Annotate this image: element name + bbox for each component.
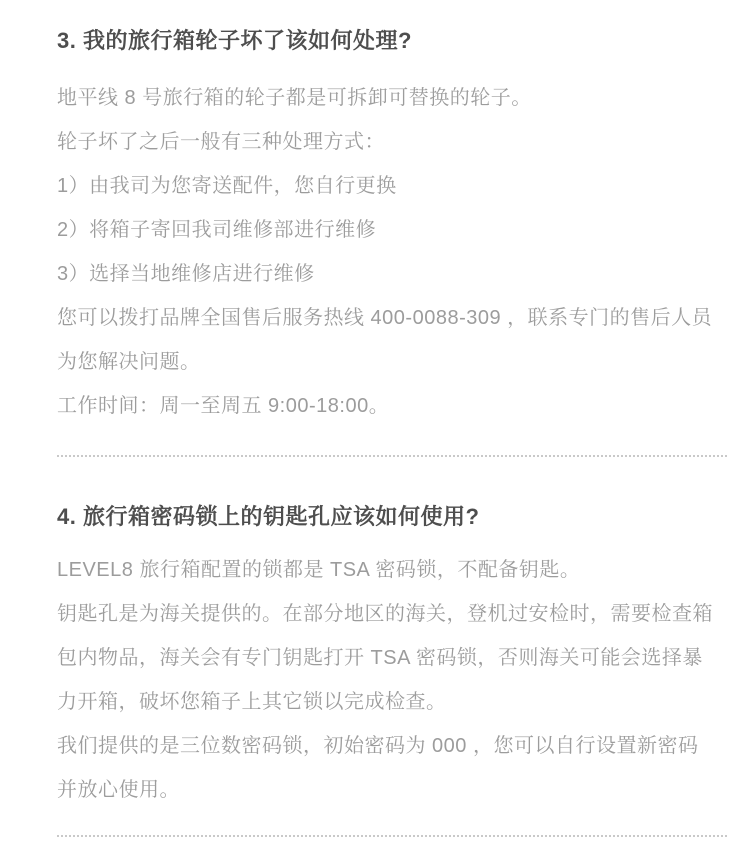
faq-paragraph: 地平线 8 号旅行箱的轮子都是可拆卸可替换的轮子。: [57, 76, 717, 120]
faq-list-item-3: 3）选择当地维修店进行维修: [57, 252, 717, 296]
faq-section-3: 3. 我的旅行箱轮子坏了该如何处理? 地平线 8 号旅行箱的轮子都是可拆卸可替换…: [57, 29, 727, 428]
faq-paragraph: 钥匙孔是为海关提供的。在部分地区的海关，登机过安检时，需要检查箱包内物品，海关会…: [57, 592, 717, 724]
dashed-divider: [57, 455, 727, 457]
faq-list-item-1: 1）由我司为您寄送配件，您自行更换: [57, 164, 717, 208]
faq-hotline-text: 您可以拨打品牌全国售后服务热线 400-0088-309 ，联系专门的售后人员为…: [57, 296, 717, 384]
faq-paragraph: LEVEL8 旅行箱配置的锁都是 TSA 密码锁，不配备钥匙。: [57, 548, 717, 592]
faq-answer-3: 地平线 8 号旅行箱的轮子都是可拆卸可替换的轮子。 轮子坏了之后一般有三种处理方…: [57, 76, 717, 428]
faq-page: 3. 我的旅行箱轮子坏了该如何处理? 地平线 8 号旅行箱的轮子都是可拆卸可替换…: [0, 0, 750, 859]
faq-working-hours-text: 工作时间：周一至周五 9:00-18:00。: [57, 384, 717, 428]
faq-section-4: 4. 旅行箱密码锁上的钥匙孔应该如何使用? LEVEL8 旅行箱配置的锁都是 T…: [57, 505, 727, 812]
faq-content: 3. 我的旅行箱轮子坏了该如何处理? 地平线 8 号旅行箱的轮子都是可拆卸可替换…: [57, 0, 727, 837]
dashed-divider: [57, 835, 727, 837]
faq-answer-4: LEVEL8 旅行箱配置的锁都是 TSA 密码锁，不配备钥匙。 钥匙孔是为海关提…: [57, 548, 717, 812]
faq-paragraph: 轮子坏了之后一般有三种处理方式：: [57, 120, 717, 164]
faq-question-3: 3. 我的旅行箱轮子坏了该如何处理?: [57, 29, 727, 53]
faq-question-4: 4. 旅行箱密码锁上的钥匙孔应该如何使用?: [57, 505, 727, 529]
faq-list-item-2: 2）将箱子寄回我司维修部进行维修: [57, 208, 717, 252]
faq-paragraph: 我们提供的是三位数密码锁，初始密码为 000 ，您可以自行设置新密码并放心使用。: [57, 724, 717, 812]
